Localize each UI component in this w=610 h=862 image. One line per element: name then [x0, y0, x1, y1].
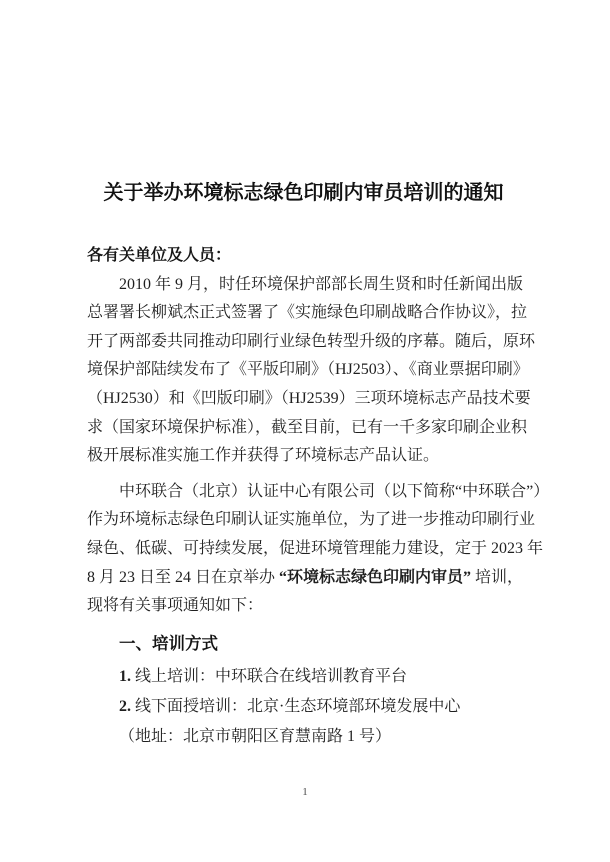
paragraph-1: 2010 年 9 月，时任环境保护部部长周生贤和时任新闻出版 总署署长柳斌杰正式…: [87, 271, 520, 471]
mixed-line-pre: 8 月 23 日至 24 日在京举办: [87, 569, 279, 586]
paragraph-line: 求（国家环境保护标准），截至目前，已有一千多家印刷企业积: [87, 414, 520, 443]
item-number: 1.: [119, 668, 131, 685]
item-number: 2.: [119, 698, 131, 715]
document-content: 关于举办环境标志绿色印刷内审员培训的通知 各有关单位及人员： 2010 年 9 …: [87, 0, 520, 752]
document-title: 关于举办环境标志绿色印刷内审员培训的通知: [87, 180, 520, 206]
list-item: 2.线下面授培训：北京·生态环境部环境发展中心: [87, 692, 520, 722]
mixed-line-post: 培训，: [471, 569, 523, 586]
paragraph-line: 2010 年 9 月，时任环境保护部部长周生贤和时任新闻出版: [87, 271, 520, 300]
page-number: 1: [0, 786, 610, 798]
document-page: 关于举办环境标志绿色印刷内审员培训的通知 各有关单位及人员： 2010 年 9 …: [0, 0, 610, 862]
mixed-line-bold-phrase: “环境标志绿色印刷内审员”: [279, 569, 471, 586]
paragraph-line: 境保护部陆续发布了《平版印刷》（HJ2503）、《商业票据印刷》: [87, 356, 520, 385]
section-heading-training-method: 一、培训方式: [87, 630, 520, 659]
address-line: （地址：北京市朝阳区育慧南路 1 号）: [87, 722, 520, 752]
paragraph-line: 作为环境标志绿色印刷认证实施单位，为了进一步推动印刷行业: [87, 506, 520, 535]
paragraph-line: 现将有关事项通知如下：: [87, 592, 520, 621]
paragraph-line: （HJ2530）和《凹版印刷》（HJ2539）三项环境标志产品技术要: [87, 385, 520, 414]
paragraph-2: 中环联合（北京）认证中心有限公司（以下简称“中环联合”） 作为环境标志绿色印刷认…: [87, 478, 520, 621]
training-method-list: 1.线上培训：中环联合在线培训教育平台 2.线下面授培训：北京·生态环境部环境发…: [87, 662, 520, 752]
paragraph-line: 绿色、低碳、可持续发展，促进环境管理能力建设，定于 2023 年: [87, 535, 520, 564]
paragraph-line-mixed: 8 月 23 日至 24 日在京举办 “环境标志绿色印刷内审员” 培训，: [87, 564, 520, 593]
paragraph-line: 极开展标准实施工作并获得了环境标志产品认证。: [87, 442, 520, 471]
paragraph-line: 开了两部委共同推动印刷行业绿色转型升级的序幕。随后，原环: [87, 328, 520, 357]
item-text: 线下面授培训：北京·生态环境部环境发展中心: [135, 698, 460, 715]
paragraph-line: 中环联合（北京）认证中心有限公司（以下简称“中环联合”）: [87, 478, 520, 507]
list-item: 1.线上培训：中环联合在线培训教育平台: [87, 662, 520, 692]
salutation: 各有关单位及人员：: [87, 242, 520, 271]
item-text: 线上培训：中环联合在线培训教育平台: [135, 668, 407, 685]
paragraph-line: 总署署长柳斌杰正式签署了《实施绿色印刷战略合作协议》，拉: [87, 299, 520, 328]
